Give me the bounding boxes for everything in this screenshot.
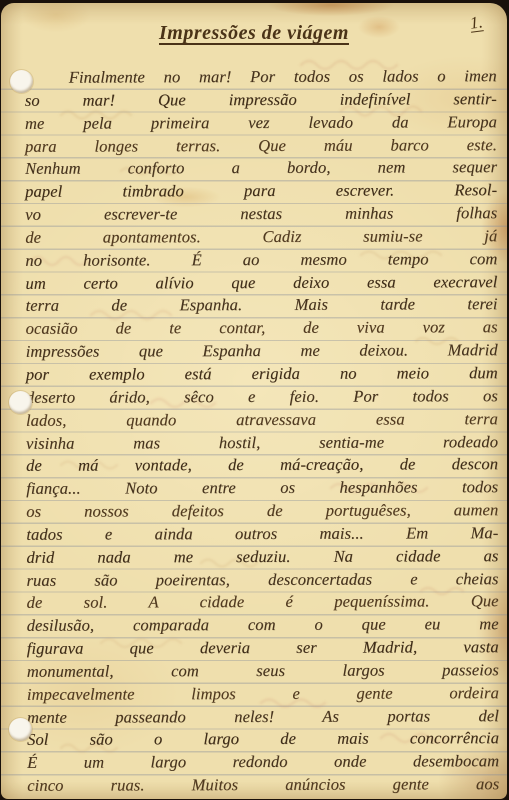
manuscript-line: por exemplo está erigida no meio dum bbox=[26, 363, 498, 387]
manuscript-line: impressões que Espanha me deixou. Madrid bbox=[26, 340, 498, 364]
manuscript-line: so mar! Que impressão indefinível sentir… bbox=[25, 89, 497, 113]
manuscript-line: no horisonte. É ao mesmo tempo com bbox=[25, 249, 497, 273]
manuscript-line: É um largo redondo onde desembocam bbox=[27, 751, 499, 775]
manuscript-line: mente passeando neles! As portas del bbox=[27, 706, 499, 730]
punch-hole-bottom bbox=[9, 718, 32, 741]
manuscript-line: vo escrever-te nestas minhas folhas bbox=[25, 203, 497, 227]
manuscript-line: Nenhum conforto a bordo, nem sequer bbox=[25, 158, 497, 182]
manuscript-line: os nossos defeitos de portuguêses, aumen bbox=[26, 500, 498, 524]
manuscript-line: um certo alívio que deixo essa execravel bbox=[25, 272, 497, 296]
manuscript-line: ocasião de te contar, de viva voz as bbox=[26, 317, 498, 341]
manuscript-line: ruas são poeirentas, desconcertadas e ch… bbox=[26, 569, 498, 593]
manuscript-line: de apontamentos. Cadiz sumiu-se já bbox=[25, 226, 497, 250]
manuscript-line: monumental, com seus largos passeios bbox=[27, 660, 499, 684]
manuscript-line: figurava que deveria ser Madrid, vasta bbox=[27, 637, 499, 661]
manuscript-page: 1. Impressões de viágem Finalmente no ma… bbox=[1, 3, 507, 799]
punch-hole-middle bbox=[9, 391, 32, 414]
manuscript-body: Finalmente no mar! Por todos os lados o … bbox=[25, 66, 500, 799]
manuscript-line: para longes terras. Que máu barco este. bbox=[25, 135, 497, 159]
manuscript-line: impecavelmente limpos e gente ordeira bbox=[27, 683, 499, 707]
manuscript-line: lados, quando atravessava essa terra bbox=[26, 409, 498, 433]
manuscript-line: fiança... Noto entre os hespanhões todos bbox=[26, 477, 498, 501]
punch-hole-top bbox=[10, 70, 33, 93]
manuscript-line: desilusão, comparada com o que eu me bbox=[27, 614, 499, 638]
manuscript-line: tados e ainda outros mais... Em Ma- bbox=[26, 523, 498, 547]
manuscript-line: Sol são o largo de mais concorrência bbox=[27, 729, 499, 753]
manuscript-line: terra de Espanha. Mais tarde terei bbox=[26, 295, 498, 319]
manuscript-line: Finalmente no mar! Por todos os lados o … bbox=[25, 66, 497, 90]
manuscript-line: visinha mas hostil, sentia-me rodeado bbox=[26, 432, 498, 456]
scanned-manuscript: 1. Impressões de viágem Finalmente no ma… bbox=[0, 0, 509, 800]
manuscript-line: de sol. A cidade é pequeníssima. Que bbox=[27, 592, 499, 616]
manuscript-line: deserto árido, sêco e feio. Por todos os bbox=[26, 386, 498, 410]
manuscript-line: papel timbrado para escrever. Resol- bbox=[25, 180, 497, 204]
manuscript-line: drid nada me seduziu. Na cidade as bbox=[26, 546, 498, 570]
page-title: Impressões de viágem bbox=[1, 22, 507, 45]
manuscript-line: de má vontade, de má-creação, de descon bbox=[26, 455, 498, 479]
manuscript-line: me pela primeira vez levado da Europa bbox=[25, 112, 497, 136]
manuscript-line: cinco ruas. Muitos anúncios gente aos bbox=[27, 774, 499, 798]
